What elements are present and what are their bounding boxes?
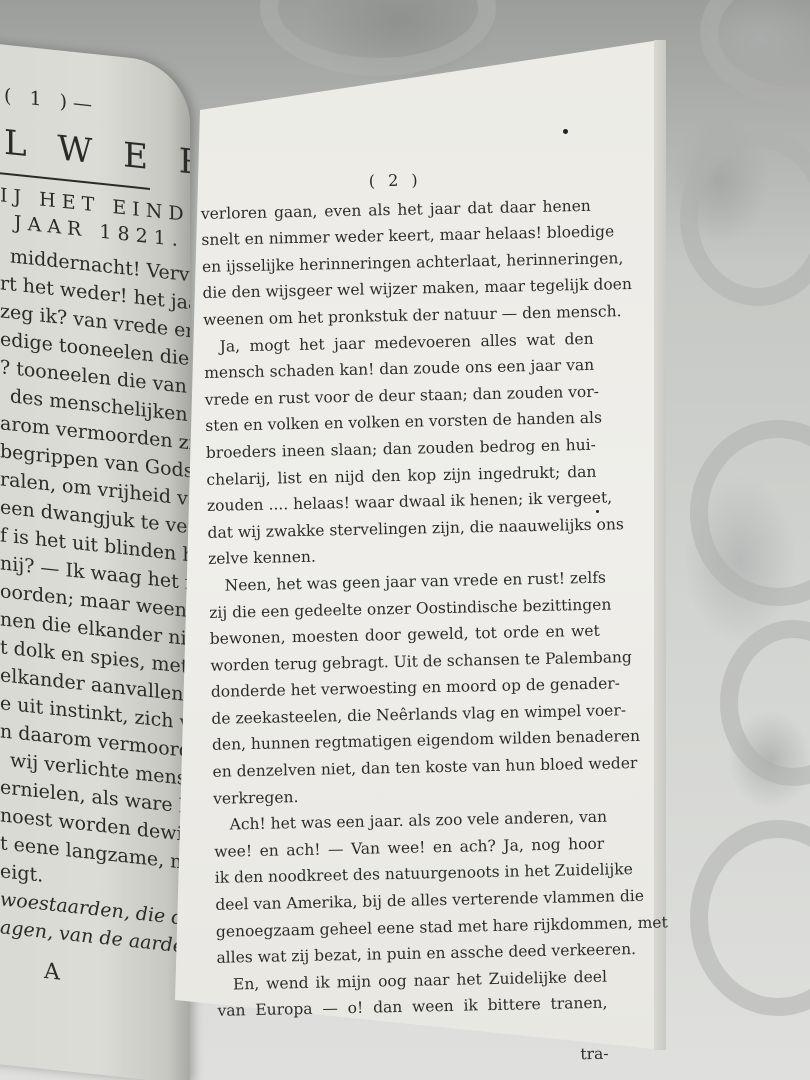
paragraph-5: En, wend ik mijn oog naar het Zuidelijke… [217,963,608,1024]
left-text-line: eigt. [0,860,43,887]
left-page-header: ( 1 )— [4,85,98,117]
paragraph-4: Ach! het was een jaar. als zoo vele ande… [213,804,606,972]
right-page-text: ( 2 ) verloren gaan, even als het jaar d… [200,164,609,1076]
signature-mark: A [44,959,60,986]
left-page-text: ( 1 )— L W E R K. IJ HET EINDIGEN JAAR 1… [0,44,190,1080]
paragraph-2: Ja, mogt het jaar medevoeren alles wat d… [203,325,598,572]
right-page-edge [654,40,666,1050]
paragraph-1: verloren gaan, even als het jaar dat daa… [201,192,594,333]
left-page: ( 1 )— L W E R K. IJ HET EINDIGEN JAAR 1… [0,40,190,1080]
paragraph-3: Neen, het was geen jaar van vrede en rus… [208,565,603,812]
ink-speck [563,129,568,134]
